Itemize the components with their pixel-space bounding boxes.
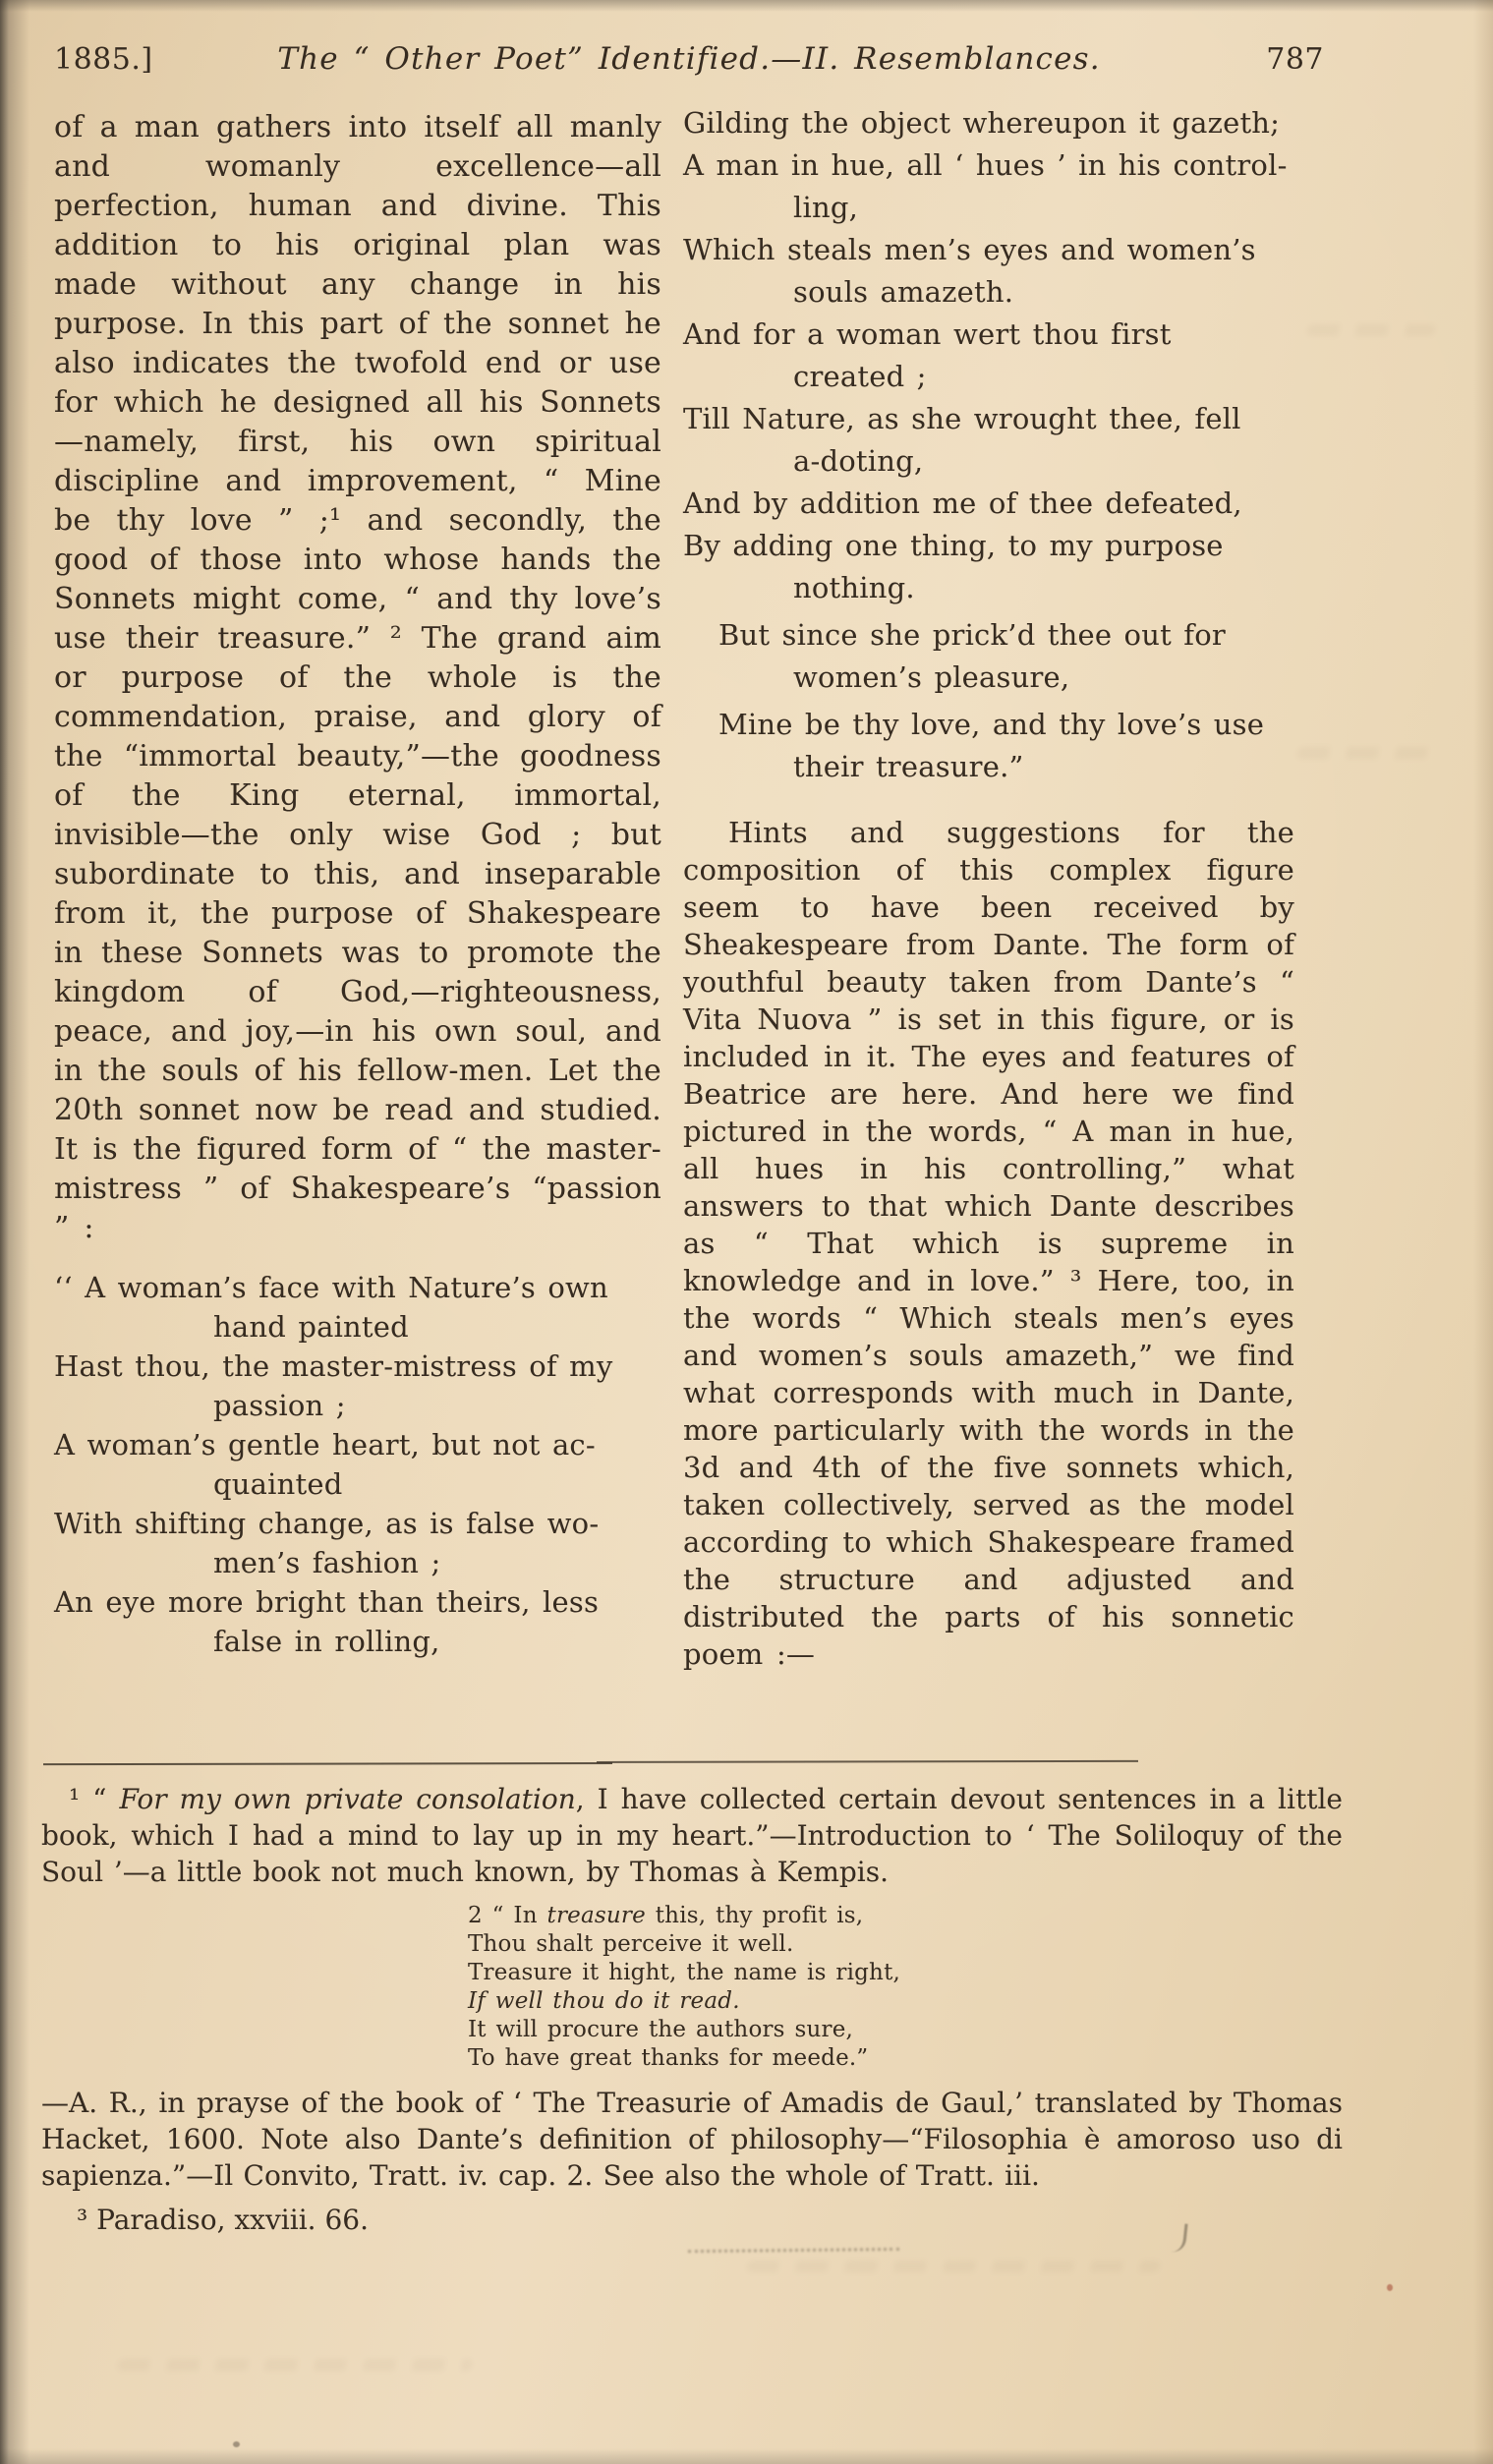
- verse-line: By adding one thing, to my purpose: [683, 525, 1294, 567]
- footnote-verse-line: 2 “ In treasure this, thy profit is,: [468, 1902, 1343, 1930]
- verse-roman: 2 “ In: [468, 1903, 547, 1928]
- scanned-book-page: { "colors": { "paper": "#e9d5b4", "ink":…: [0, 0, 1493, 2464]
- page-edge-top: [0, 0, 1493, 12]
- sonnet-20-quotation-continued: Gilding the object whereupon it gazeth; …: [683, 102, 1294, 788]
- footnotes-section: ¹ “ For my own private consolation, I ha…: [41, 1781, 1343, 2238]
- bleedthrough-artifact: [117, 2359, 473, 2371]
- footnote-1-marker: ¹ “: [69, 1783, 119, 1815]
- footnote-verse-line: If well thou do it read.: [468, 1987, 1343, 2016]
- verse-line: A man in hue, all ‘ hues ’ in his contro…: [683, 144, 1294, 187]
- bleedthrough-artifact: [746, 2261, 1161, 2272]
- verse-line: Mine be thy love, and thy love’s use: [718, 704, 1294, 746]
- verse-line: created ;: [793, 356, 1294, 398]
- rule-segment: [43, 1762, 612, 1765]
- page-gutter-shadow: [0, 0, 29, 2464]
- page-title: The “ Other Poet” Identified.—II. Resemb…: [221, 41, 1157, 77]
- running-header: 1885.] The “ Other Poet” Identified.—II.…: [54, 41, 1324, 77]
- verse-roman: Thou shalt perceive it well.: [468, 1931, 794, 1957]
- ink-speck: [1387, 2284, 1393, 2291]
- right-column-paragraph: Hints and suggestions for the compositio…: [683, 814, 1294, 1673]
- verse-line: With shifting change, as is false wo-: [54, 1504, 661, 1543]
- verse-line: souls amazeth.: [793, 271, 1294, 314]
- footnote-3: ³ Paradiso, xxviii. 66.: [41, 2202, 1343, 2238]
- footnote-verse-line: Treasure it hight, the name is right,: [468, 1959, 1343, 1987]
- bleedthrough-artifact: [1306, 324, 1436, 336]
- left-column-paragraph: of a man gathers into itself all manly a…: [54, 108, 661, 1248]
- rule-segment: [597, 1760, 1138, 1763]
- verse-line: men’s fashion ;: [213, 1543, 661, 1582]
- verse-line: their treasure.”: [793, 746, 1294, 788]
- verse-line: And for a woman wert thou first: [683, 314, 1294, 356]
- verse-line: But since she prick’d thee out for: [718, 614, 1294, 657]
- verse-roman: It will procure the authors sure,: [468, 2017, 853, 2042]
- verse-line: An eye more bright than theirs, less: [54, 1582, 661, 1622]
- verse-roman: To have great thanks for meede.”: [468, 2045, 868, 2071]
- footnote-1: ¹ “ For my own private consolation, I ha…: [41, 1781, 1343, 1890]
- verse-line: ling,: [793, 187, 1294, 229]
- footnote-divider-rule: [43, 1760, 1138, 1766]
- verse-line: a-doting,: [793, 440, 1294, 483]
- footnote-verse-line: To have great thanks for meede.”: [468, 2044, 1343, 2073]
- verse-line: nothing.: [793, 567, 1294, 609]
- footnote-verse-line: It will procure the authors sure,: [468, 2016, 1343, 2044]
- verse-roman: Treasure it hight, the name is right,: [468, 1960, 900, 1985]
- footnote-2-verse: 2 “ In treasure this, thy profit is, Tho…: [468, 1902, 1343, 2073]
- scan-smudge-artifact: [688, 2248, 899, 2257]
- verse-line: false in rolling,: [213, 1622, 661, 1661]
- left-column: of a man gathers into itself all manly a…: [54, 108, 661, 1661]
- verse-line: women’s pleasure,: [793, 657, 1294, 699]
- verse-line: passion ;: [213, 1386, 661, 1425]
- page-edge-bottom: [0, 2448, 1493, 2464]
- right-column: Gilding the object whereupon it gazeth; …: [683, 102, 1294, 1673]
- verse-line: quainted: [213, 1464, 661, 1504]
- verse-line: hand painted: [213, 1307, 661, 1347]
- verse-line: ‘‘ A woman’s face with Nature’s own: [54, 1268, 661, 1307]
- verse-line: Which steals men’s eyes and women’s: [683, 229, 1294, 271]
- header-year: 1885.]: [54, 42, 221, 77]
- verse-line: Till Nature, as she wrought thee, fell: [683, 398, 1294, 440]
- verse-line: And by addition me of thee defeated,: [683, 483, 1294, 525]
- verse-line: Gilding the object whereupon it gazeth;: [683, 102, 1294, 144]
- sonnet-20-quotation: ‘‘ A woman’s face with Nature’s own hand…: [54, 1268, 661, 1661]
- ink-speck: [233, 2441, 240, 2447]
- verse-italic: If well thou do it read.: [468, 1988, 740, 2014]
- verse-roman: this, thy profit is,: [646, 1903, 863, 1928]
- page-edge-right: [1473, 0, 1493, 2464]
- verse-line: A woman’s gentle heart, but not ac-: [54, 1425, 661, 1464]
- bleedthrough-artifact: [1296, 747, 1446, 759]
- verse-line: Hast thou, the master-mistress of my: [54, 1347, 661, 1386]
- footnote-1-italic: For my own private consolation: [119, 1783, 575, 1815]
- footnote-2-text: —A. R., in prayse of the book of ‘ The T…: [41, 2085, 1343, 2194]
- page-number: 787: [1157, 42, 1324, 77]
- footnote-verse-line: Thou shalt perceive it well.: [468, 1930, 1343, 1959]
- verse-italic: treasure: [547, 1903, 646, 1928]
- stray-mark-artifact: [1170, 2222, 1187, 2253]
